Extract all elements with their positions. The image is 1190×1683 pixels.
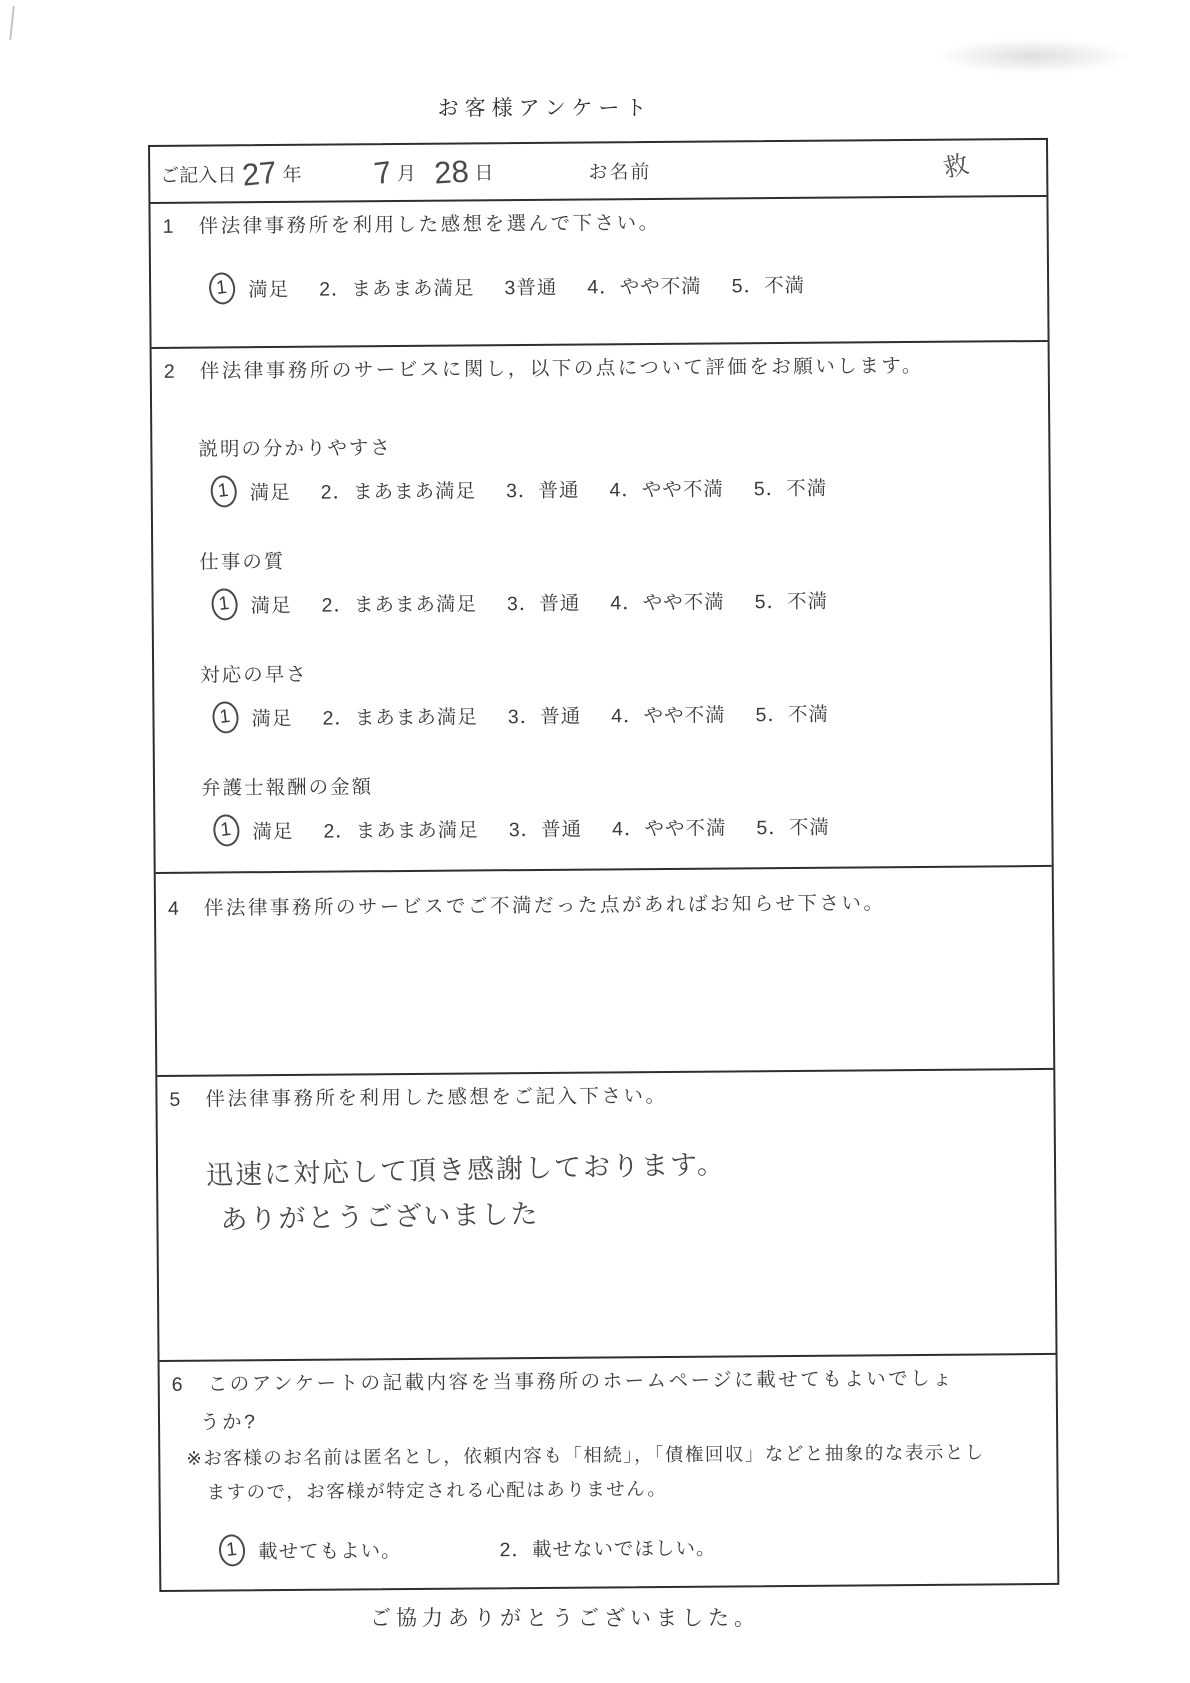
section-6-row: 6 このアンケートの記載内容を当事務所のホームページに載せてもよいでしょ うか?… <box>160 1355 1058 1590</box>
section-5-question: 伴法律事務所を利用した感想をご記入下さい。 <box>205 1083 667 1113</box>
handwritten-comment-line-2: ありがとうございました <box>220 1188 1054 1237</box>
selected-option: 1満足 <box>213 813 293 846</box>
date-label: ご記入日 <box>160 160 236 188</box>
subitem-label: 弁護士報酬の金額 <box>201 769 1051 802</box>
option-label: 4．やや不満 <box>610 586 725 615</box>
option-label: 2．まあまあ満足 <box>319 272 475 301</box>
section-6-number: 6 <box>170 1372 208 1398</box>
option-label: 2．まあまあ満足 <box>322 701 478 730</box>
scan-edge-artifact <box>9 6 15 40</box>
option-label: 載せてもよい。 <box>258 1535 402 1564</box>
subitem-explanation-clarity: 説明の分かりやすさ 1満足2．まあまあ満足3．普通4．やや不満5．不満 <box>162 430 1049 508</box>
section-6-note-line-2: ますので，お客様が特定される心配はありません。 <box>206 1473 1056 1506</box>
scan-smudge-artifact <box>935 38 1130 74</box>
option-label: 満足 <box>250 589 291 617</box>
handwritten-month-value: 7 <box>371 154 393 192</box>
option-label: 5．不満 <box>755 698 829 727</box>
section-4-question-line: 4 伴法律事務所のサービスでご不満だった点があればお知らせ下さい。 <box>166 867 1052 922</box>
section-5-number: 5 <box>167 1087 205 1113</box>
month-unit-label: 月 <box>397 159 416 186</box>
subitem-label: 仕事の質 <box>199 543 1049 576</box>
subitem-rating-options: 1満足2．まあまあ満足3．普通4．やや不満5．不満 <box>213 807 1051 847</box>
handwritten-day-value: 28 <box>433 153 470 191</box>
option-label: 満足 <box>252 815 293 843</box>
section-2-question: 伴法律事務所のサービスに関し，以下の点について評価をお願いします。 <box>200 353 924 385</box>
handwritten-circle-mark: 1 <box>211 700 240 735</box>
year-unit-label: 年 <box>283 160 302 187</box>
subitem-label: 説明の分かりやすさ <box>198 430 1048 463</box>
scanned-survey-document: お客様アンケート ご記入日 27 年 7 月 28 日 お名前 救 1 伴法律事… <box>0 0 1190 1683</box>
option-label: 3．普通 <box>506 474 580 503</box>
subitem-work-quality: 仕事の質 1満足2．まあまあ満足3．普通4．やや不満5．不満 <box>163 543 1050 621</box>
subitem-response-speed: 対応の早さ 1満足2．まあまあ満足3．普通4．やや不満5．不満 <box>164 656 1051 734</box>
option-label: 3．普通 <box>507 587 581 616</box>
option-label: 5．不満 <box>754 472 828 501</box>
handwritten-circle-mark: 1 <box>210 587 239 622</box>
selected-option: 1満足 <box>211 587 291 620</box>
option-label: 4．やや不満 <box>612 812 727 841</box>
selected-option: 1載せてもよい。 <box>219 1533 402 1566</box>
section-1-question: 伴法律事務所を利用した感想を選んで下さい。 <box>199 210 661 240</box>
option-label: 3普通 <box>504 271 557 299</box>
section-2-question-line: 2 伴法律事務所のサービスに関し，以下の点について評価をお願いします。 <box>162 342 1048 385</box>
subitem-rating-options: 1満足2．まあまあ満足3．普通4．やや不満5．不満 <box>212 694 1050 734</box>
section-6-note-line-1: ※お客様のお名前は匿名とし，依頼内容も「相続」，「債権回収」などと抽象的な表示と… <box>186 1439 1056 1472</box>
thanks-footer: ご協力ありがとうございました。 <box>0 1602 1130 1632</box>
section-2-number: 2 <box>162 359 200 385</box>
survey-title: お客様アンケート <box>0 92 1090 122</box>
option-label: 4．やや不満 <box>587 270 702 299</box>
option-label: 2．載せないでほしい。 <box>499 1532 716 1562</box>
section-1-rating-options: 1満足2．まあまあ満足3普通4．やや不満5．不満 <box>209 265 1047 305</box>
section-6-question-part-2: うか? <box>200 1403 1056 1436</box>
selected-option: 1満足 <box>212 700 292 733</box>
handwritten-circle-mark: 1 <box>209 474 238 509</box>
selected-option: 1満足 <box>211 474 291 507</box>
section-6-question-part-1: このアンケートの記載内容を当事務所のホームページに載せてもよいでしょ <box>208 1366 955 1398</box>
option-label: 3．普通 <box>508 700 582 729</box>
handwritten-circle-mark: 1 <box>207 271 236 306</box>
subitem-attorney-fees: 弁護士報酬の金額 1満足2．まあまあ満足3．普通4．やや不満5．不満 <box>165 769 1052 847</box>
name-label: お名前 <box>588 157 651 184</box>
section-1-number: 1 <box>161 214 199 240</box>
handwritten-year-value: 27 <box>241 154 279 193</box>
option-label: 満足 <box>248 273 289 301</box>
option-label: 満足 <box>250 476 291 504</box>
section-4-row: 4 伴法律事務所のサービスでご不満だった点があればお知らせ下さい。 <box>156 867 1054 1077</box>
handwritten-circle-mark: 1 <box>212 813 241 848</box>
option-label: 2．まあまあ満足 <box>321 475 477 504</box>
section-4-number: 4 <box>166 896 204 922</box>
day-unit-label: 日 <box>474 158 493 185</box>
option-label: 4．やや不満 <box>609 473 724 502</box>
handwritten-name-scribble: 救 <box>940 144 972 185</box>
section-4-question: 伴法律事務所のサービスでご不満だった点があればお知らせ下さい。 <box>204 890 886 921</box>
option-label: 4．やや不満 <box>611 699 726 728</box>
section-5-question-line: 5 伴法律事務所を利用した感想をご記入下さい。 <box>167 1070 1053 1113</box>
option-label: 5．不満 <box>732 269 806 298</box>
subitem-rating-options: 1満足2．まあまあ満足3．普通4．やや不満5．不満 <box>211 581 1049 621</box>
option-label: 満足 <box>251 702 292 730</box>
section-6-publish-options: 1載せてもよい。2．載せないでほしい。 <box>219 1527 1057 1567</box>
section-1-row: 1 伴法律事務所を利用した感想を選んで下さい。 1満足2．まあまあ満足3普通4．… <box>150 197 1047 349</box>
option-label: 3．普通 <box>509 813 583 842</box>
section-5-row: 5 伴法律事務所を利用した感想をご記入下さい。 迅速に対応して頂き感謝しておりま… <box>157 1070 1055 1362</box>
section-1-question-line: 1 伴法律事務所を利用した感想を選んで下さい。 <box>160 197 1046 240</box>
section-2-row: 2 伴法律事務所のサービスに関し，以下の点について評価をお願いします。 説明の分… <box>152 342 1052 874</box>
subitem-rating-options: 1満足2．まあまあ満足3．普通4．やや不満5．不満 <box>211 468 1049 508</box>
section-6-question-line: 6 このアンケートの記載内容を当事務所のホームページに載せてもよいでしょ <box>170 1355 1056 1398</box>
survey-form: ご記入日 27 年 7 月 28 日 お名前 救 1 伴法律事務所を利用した感想… <box>148 138 1059 1592</box>
option-label: 2．まあまあ満足 <box>323 814 479 843</box>
selected-option: 1満足 <box>209 271 289 304</box>
option-label: 5．不満 <box>755 585 829 614</box>
subitem-label: 対応の早さ <box>200 656 1050 689</box>
date-and-name-row: ご記入日 27 年 7 月 28 日 お名前 救 <box>150 140 1046 204</box>
option-label: 5．不満 <box>756 811 830 840</box>
handwritten-comment-line-1: 迅速に対応して頂き感謝しております。 <box>206 1140 1055 1192</box>
option-label: 2．まあまあ満足 <box>322 588 478 617</box>
handwritten-circle-mark: 1 <box>217 1533 246 1568</box>
